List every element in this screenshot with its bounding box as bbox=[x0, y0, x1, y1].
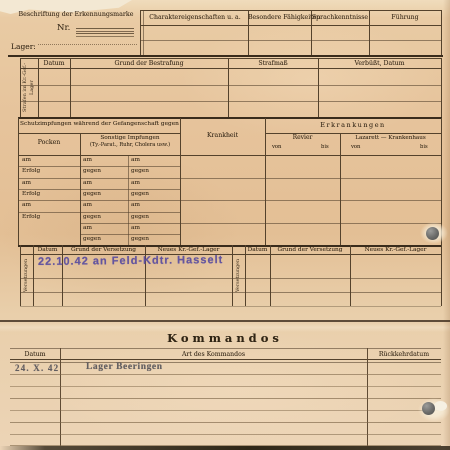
col-charaktereigenschaften: Charaktereigenschaften u. a. bbox=[144, 14, 246, 21]
rule-h bbox=[20, 58, 441, 59]
versetz-col-datum: Datum bbox=[245, 247, 270, 254]
rule-h bbox=[18, 166, 180, 167]
col-krankheit: Krankheit bbox=[180, 132, 265, 139]
col-revier: Revier bbox=[265, 135, 340, 142]
impf-cell: am bbox=[131, 157, 140, 164]
idtag-title: Beschriftung der Erkennungsmarke bbox=[16, 11, 136, 18]
impf-cell: am bbox=[131, 225, 140, 232]
rule-h bbox=[18, 155, 441, 156]
impf-cell: gegen bbox=[131, 214, 149, 221]
impf-cell: gegen bbox=[131, 191, 149, 198]
nr-writing-line bbox=[76, 33, 134, 34]
rule-h bbox=[20, 278, 441, 279]
rule-h bbox=[10, 359, 441, 360]
impf-cell: am bbox=[83, 180, 92, 187]
rule-h bbox=[20, 85, 441, 86]
kommandos-col-datum: Datum bbox=[10, 351, 60, 358]
page-edge-shadow bbox=[0, 446, 450, 450]
rule-v bbox=[441, 245, 442, 306]
impf-cell: am bbox=[83, 157, 92, 164]
impf-cell: am bbox=[131, 202, 140, 209]
section-rule bbox=[18, 117, 442, 119]
nr-writing-line bbox=[76, 36, 134, 37]
col-revier-von: von bbox=[272, 145, 281, 151]
rule-v bbox=[140, 10, 141, 55]
versetzungen-side-label: Versetzungen bbox=[20, 245, 33, 306]
impf-cell: am bbox=[22, 180, 31, 187]
rule-h bbox=[10, 434, 441, 435]
strafen-col-verbuesst: Verbüßt, Datum bbox=[318, 60, 441, 67]
strafen-side-label: Strafen im Kr.-Gef.-Lager bbox=[20, 58, 38, 117]
impf-cell: am bbox=[22, 157, 31, 164]
rule-h bbox=[20, 292, 441, 293]
col-lazarett-bis: bis bbox=[420, 145, 428, 151]
col-lazarett: Lazarett — Krankenhaus bbox=[340, 135, 441, 141]
section-rule bbox=[8, 55, 443, 57]
rule-h bbox=[10, 386, 441, 387]
section-rule bbox=[0, 320, 450, 322]
rule-h bbox=[10, 362, 441, 363]
rule-h bbox=[10, 410, 441, 411]
rule-h bbox=[20, 101, 441, 102]
impf-cell: gegen bbox=[83, 214, 101, 221]
impf-cell: Erfolg bbox=[22, 191, 40, 198]
rule-h bbox=[265, 133, 441, 134]
impf-cell: gegen bbox=[131, 168, 149, 175]
nr-writing-line bbox=[76, 31, 134, 32]
impf-cell: am bbox=[83, 202, 92, 209]
lager-writing-line bbox=[38, 44, 137, 45]
kommandos-col-art: Art des Kommandos bbox=[60, 351, 367, 358]
kommandos-col-rueckkehrdatum: Rückkehrdatum bbox=[367, 351, 441, 358]
impf-cell: am bbox=[131, 180, 140, 187]
nr-writing-line bbox=[76, 28, 134, 29]
impf-cell: gegen bbox=[131, 236, 149, 243]
impf-cell: Erfolg bbox=[22, 214, 40, 221]
versetz-col-grund: Grund der Versetzung bbox=[62, 247, 145, 254]
col-revier-bis: bis bbox=[321, 145, 329, 151]
rule-h bbox=[10, 445, 441, 446]
col-fuehrung: Führung bbox=[369, 14, 441, 21]
versetz-col-datum: Datum bbox=[33, 247, 62, 254]
impf-cell: Erfolg bbox=[22, 168, 40, 175]
versetzungen-side-label: Versetzungen bbox=[232, 245, 245, 306]
col-besondere-faehigkeiten: Besondere Fähigkeiten bbox=[248, 14, 311, 21]
col-pocken: Pocken bbox=[18, 139, 80, 146]
rule-h bbox=[10, 422, 441, 423]
erkrankungen-title: Erkrankungen bbox=[265, 122, 441, 129]
rule-h bbox=[140, 40, 441, 41]
impf-cell: am bbox=[83, 225, 92, 232]
transfer-stamp-entry: 22.10.42 an Feld-Kdtr. Hasselt bbox=[38, 254, 223, 268]
rule-h bbox=[20, 306, 441, 307]
rule-h bbox=[10, 348, 441, 349]
rule-h bbox=[80, 223, 441, 224]
versetz-col-neues-lager: Neues Kr.-Gef.-Lager bbox=[145, 247, 232, 254]
col-lazarett-von: von bbox=[351, 145, 360, 151]
rule-v bbox=[18, 118, 19, 245]
col-sprachkenntnisse: Sprachkenntnisse bbox=[311, 14, 369, 21]
rule-h bbox=[10, 398, 441, 399]
rule-h bbox=[10, 374, 441, 375]
rule-h bbox=[18, 178, 441, 179]
rule-h bbox=[18, 200, 441, 201]
hole-punch bbox=[422, 402, 435, 415]
impf-cell: gegen bbox=[83, 168, 101, 175]
rule-h bbox=[80, 234, 180, 235]
scanned-pow-record-card: Beschriftung der Erkennungsmarke Nr. Lag… bbox=[0, 0, 450, 450]
impf-cell: am bbox=[22, 202, 31, 209]
kommandos-title: Kommandos bbox=[0, 332, 450, 345]
rule-h bbox=[18, 133, 180, 134]
rule-h bbox=[140, 10, 441, 11]
strafen-col-grund: Grund der Bestrafung bbox=[70, 60, 228, 67]
rule-v bbox=[441, 10, 442, 55]
impf-cell: gegen bbox=[83, 191, 101, 198]
lager-label: Lager: bbox=[11, 43, 36, 52]
kommando-entry-art: Lager Beeringen bbox=[86, 362, 163, 372]
hole-punch bbox=[426, 227, 439, 240]
rule-h bbox=[20, 68, 441, 69]
kommando-entry-date: 24. X. 42 bbox=[15, 363, 59, 373]
versetz-col-grund: Grund der Versetzung bbox=[270, 247, 350, 254]
rule-v bbox=[340, 133, 341, 245]
impfungen-title: Schutzimpfungen während der Gefangenscha… bbox=[20, 121, 178, 128]
strafen-col-strafmass: Strafmaß bbox=[228, 60, 318, 67]
versetz-col-neues-lager: Neues Kr.-Gef.-Lager bbox=[350, 247, 441, 254]
col-sonstige-impfungen: Sonstige Impfungen bbox=[80, 135, 180, 142]
rule-v bbox=[441, 58, 442, 117]
impf-cell: gegen bbox=[83, 236, 101, 243]
rule-h bbox=[140, 25, 441, 26]
rule-h bbox=[20, 254, 441, 255]
col-sonstige-impfungen-detail: (Ty.-Parat., Ruhr, Cholera usw.) bbox=[80, 143, 180, 149]
strafen-col-datum: Datum bbox=[38, 60, 70, 67]
idtag-nr-label: Nr. bbox=[57, 24, 70, 34]
